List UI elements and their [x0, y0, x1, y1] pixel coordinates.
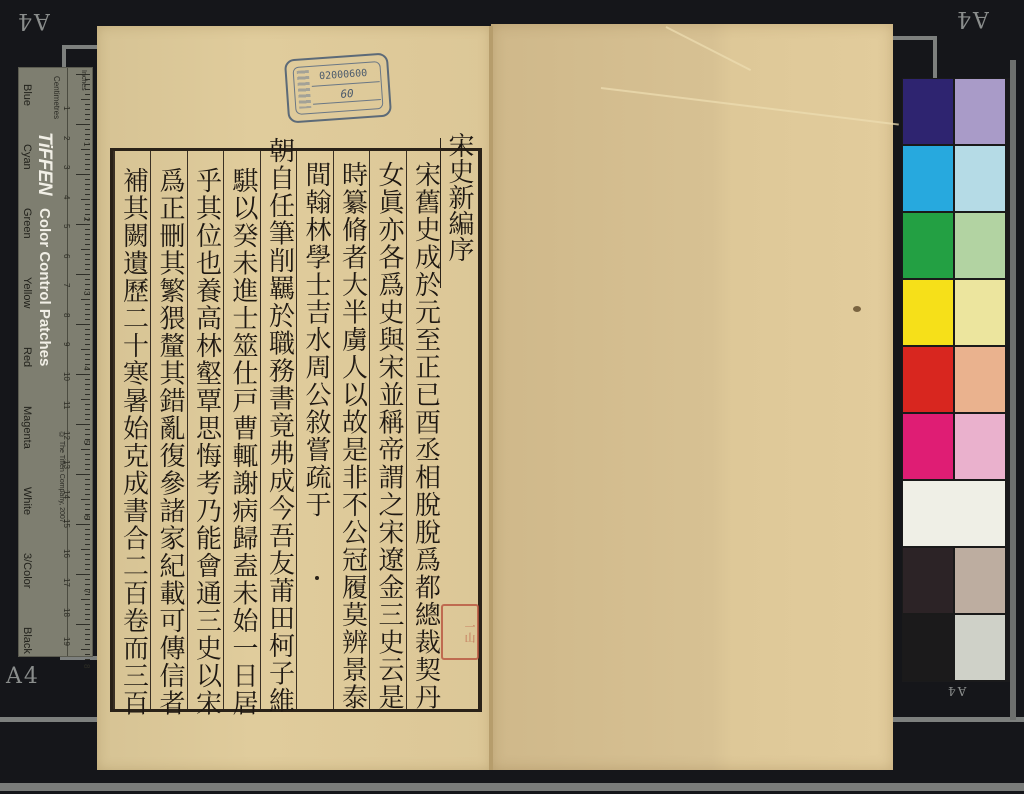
a4-label-top-right: A4 [955, 6, 989, 31]
ruler-cm-number: 8 [62, 313, 71, 317]
ruler-tick [85, 159, 90, 160]
swatch-3-color-tint [954, 547, 1006, 614]
ruler-tick [85, 509, 90, 510]
ruler-cm-number: 18 [62, 608, 71, 617]
ruler-tick [85, 109, 90, 110]
ruler-cm-number: 19 [62, 637, 71, 646]
stamp-label-block [297, 70, 312, 109]
swatch-red-tint [954, 346, 1006, 413]
swatch-magenta-tint [954, 413, 1006, 480]
ruler-tick [85, 414, 90, 415]
frame-line [0, 783, 1024, 791]
ruler-tick [85, 339, 90, 340]
ruler-tick [85, 239, 90, 240]
ruler-tick [85, 284, 90, 285]
text-column: 宋舊史成於元至正已酉丞相脫脫爲都總裁契丹 [406, 151, 444, 709]
ruler-cm-number: 11 [62, 401, 71, 409]
ruler-tick [85, 479, 90, 480]
ruler-tick [85, 469, 90, 470]
ruler-tick [85, 214, 90, 215]
ruler-tick [85, 289, 90, 290]
ruler-tick [85, 179, 90, 180]
ruler-tick [81, 449, 90, 450]
ruler-copyright: © The Tiffen Company, 2007 [58, 432, 65, 523]
ruler-inch-number: 1 [82, 142, 91, 146]
column-text: 女眞亦各爲史與宋並稱帝謂之宋遼金三史云是 [370, 161, 407, 711]
ruler-tick [76, 574, 90, 575]
ruler-tick [85, 154, 90, 155]
ruler-cm-number: 16 [62, 549, 71, 558]
ruler-tick [85, 629, 90, 630]
ruler-tick [85, 229, 90, 230]
swatch-3-color-full [902, 547, 954, 614]
paper-crease [666, 26, 752, 71]
ruler-tick [81, 149, 90, 150]
ruler-tick [85, 489, 90, 490]
text-column: 朝自任筆削羈於職務書竟弗成今吾友莆田柯子維 [260, 151, 298, 709]
text-column: 女眞亦各爲史與宋並稱帝謂之宋遼金三史云是 [369, 151, 407, 709]
ruler-tick [85, 234, 90, 235]
ruler-tick [85, 244, 90, 245]
ruler-tick [85, 134, 90, 135]
frame-line [62, 45, 98, 49]
ruler-tick [81, 599, 90, 600]
ruler-tick [85, 194, 90, 195]
ruler-tick [76, 624, 90, 625]
swatch-green-full [902, 212, 954, 279]
a4-label-bottom-right: A4 [946, 684, 966, 698]
ruler-tick [85, 404, 90, 405]
ruler-tick [85, 334, 90, 335]
ruler-tick [81, 199, 90, 200]
ruler-cm-number: 17 [62, 578, 71, 587]
ruler-tick [81, 299, 90, 300]
ruler-tick [76, 224, 90, 225]
ruler-tick [85, 344, 90, 345]
ruler-tick [85, 409, 90, 410]
ruler-tick [85, 119, 90, 120]
ruler-tick [85, 259, 90, 260]
ruler-tick [81, 549, 90, 550]
ruler-color-label: Blue [19, 84, 33, 106]
ruler-tick [85, 434, 90, 435]
tiffen-brand: TiFFEN Color Control Patches [33, 132, 55, 366]
stamp-volume-number: 60 [340, 87, 354, 101]
text-column: 爲正刪其繁猥釐其錯亂復參諸家紀載可傳信者 [150, 151, 188, 709]
ruler-inch-number: 6 [82, 515, 91, 519]
ruler-tick [76, 424, 90, 425]
ruler-tick [85, 204, 90, 205]
column-text: 宋舊史成於元至正已酉丞相脫脫爲都總裁契丹 [407, 161, 444, 711]
column-text: 爲正刪其繁猥釐其錯亂復參諸家紀載可傳信者 [151, 167, 188, 717]
ruler-tick [85, 104, 90, 105]
ruler-tick [85, 544, 90, 545]
ruler-tick [76, 474, 90, 475]
ruler-tick [85, 484, 90, 485]
printed-text-block: 宋舊史成於元至正已酉丞相脫脫爲都總裁契丹女眞亦各爲史與宋並稱帝謂之宋遼金三史云是… [110, 148, 482, 712]
ruler-color-label: 3/Color [19, 553, 33, 588]
column-text: 騏以癸未進士筮仕戸曹輒謝病歸盍未始一日居 [224, 167, 261, 717]
ruler-tick [85, 309, 90, 310]
swatch-magenta-full [902, 413, 954, 480]
ruler-color-label: White [19, 487, 33, 515]
ruler-tick [76, 174, 90, 175]
ruler-tick [85, 594, 90, 595]
ruler-tick [85, 459, 90, 460]
ruler-color-label: Red [19, 347, 33, 367]
tiffen-logo: TiFFEN [34, 132, 55, 195]
ruler-color-label: Black [19, 627, 33, 654]
ruler-tick [85, 604, 90, 605]
ruler-tick [85, 654, 90, 655]
ruler-tick [85, 94, 90, 95]
text-column: 騏以癸未進士筮仕戸曹輒謝病歸盍未始一日居 [223, 151, 261, 709]
ruler-tick [85, 209, 90, 210]
ruler-tick [85, 394, 90, 395]
ruler-color-label: Yellow [19, 277, 33, 308]
ruler-tick [85, 359, 90, 360]
paper-stain [853, 306, 861, 312]
a4-label-top-left: A4 [16, 8, 50, 33]
swatch-black-tint [954, 614, 1006, 681]
swatch-blue-full [902, 78, 954, 145]
ruler-tick [85, 314, 90, 315]
column-text: 間翰林學士吉水周公敘嘗疏于 [297, 161, 334, 519]
ruler-tick [85, 139, 90, 140]
column-text: 朝自任筆削羈於職務書竟弗成今吾友莆田柯子維 [261, 137, 298, 715]
ruler-tick [85, 319, 90, 320]
text-column: 間翰林學士吉水周公敘嘗疏于 [296, 151, 334, 709]
red-seal: 一山 [441, 604, 479, 660]
ruler-tick [85, 639, 90, 640]
ruler-tick [81, 399, 90, 400]
ruler-color-label: Green [19, 208, 33, 239]
ruler-tick [85, 534, 90, 535]
ruler-tick [85, 494, 90, 495]
frame-line [893, 36, 937, 40]
ruler-tick [85, 364, 90, 365]
frame-line [1010, 60, 1016, 720]
ruler-cm-number: 9 [62, 342, 71, 346]
ruler-tick [85, 584, 90, 585]
preface-title: 宋史新編序 [441, 132, 477, 262]
punctuation-dot [315, 576, 319, 580]
ruler-tick [85, 559, 90, 560]
ruler-unit-in: Inches [80, 70, 87, 91]
page-gutter [489, 26, 493, 770]
ruler-tick [85, 329, 90, 330]
ruler-inch-number: 3 [82, 291, 91, 295]
ruler-tick [85, 279, 90, 280]
ruler-inch-number: 8 [82, 664, 91, 668]
ruler-tick [81, 99, 90, 100]
ruler-color-label: Magenta [19, 406, 33, 449]
text-column: 時纂脩者大半虜人以故是非不公冠履莫辨景泰 [333, 151, 371, 709]
ruler-tick [85, 619, 90, 620]
ruler-tick [85, 379, 90, 380]
ruler-scale [67, 68, 90, 656]
ruler-tick [85, 254, 90, 255]
library-catalog-stamp: 02000600 60 [284, 52, 392, 123]
ruler-inch-number: 2 [82, 217, 91, 221]
ruler-color-label: Cyan [19, 144, 33, 170]
ruler-cm-number: 10 [62, 372, 71, 381]
ruler-tick [85, 164, 90, 165]
ruler-tick [85, 129, 90, 130]
ruler-tick [85, 644, 90, 645]
ruler-tick [85, 169, 90, 170]
ruler-tick [85, 579, 90, 580]
ruler-tick [85, 454, 90, 455]
ruler-tick [76, 274, 90, 275]
swatch-green-tint [954, 212, 1006, 279]
ruler-tick [85, 564, 90, 565]
ruler-cm-number: 5 [62, 224, 71, 228]
swatch-blue-tint [954, 78, 1006, 145]
ruler-color-labels: BlueCyanGreenYellowRedMagentaWhite3/Colo… [19, 84, 33, 654]
ruler-cm-number: 7 [62, 283, 71, 287]
ruler-tick [85, 354, 90, 355]
ruler-tick [85, 189, 90, 190]
ruler-tick [85, 419, 90, 420]
ruler-tick [85, 184, 90, 185]
ruler-cm-number: 3 [62, 165, 71, 169]
ruler-tick [85, 569, 90, 570]
ruler-inch-number: 7 [82, 589, 91, 593]
ruler-tick [85, 614, 90, 615]
text-column: 補其闕遺歷二十寒暑始克成書合二百卷而三百 [114, 151, 152, 709]
ruler-tick [85, 384, 90, 385]
ruler-tick [85, 429, 90, 430]
frame-line [62, 45, 66, 69]
ruler-inch-number: 5 [82, 440, 91, 444]
ruler-tick [85, 609, 90, 610]
ruler-tick [85, 634, 90, 635]
frame-line [0, 717, 98, 722]
frame-line [933, 36, 937, 78]
frame-line [893, 717, 1024, 722]
column-text: 時纂脩者大半虜人以故是非不公冠履莫辨景泰 [334, 161, 371, 711]
ruler-tick [85, 389, 90, 390]
ruler-unit-cm: Centimetres [52, 76, 61, 119]
ruler-tick [85, 529, 90, 530]
ruler-cm-number: 1 [62, 106, 71, 110]
ruler-tick [76, 374, 90, 375]
ruler-cm-number: 4 [62, 195, 71, 199]
ruler-tick [81, 249, 90, 250]
ruler-tick [85, 539, 90, 540]
swatch-white [902, 480, 1006, 547]
ruler-tick [76, 124, 90, 125]
ruler-tick [81, 499, 90, 500]
text-column: 乎其位也養高林壑覃思悔考乃能會通三史以宋 [187, 151, 225, 709]
ruler-tick [76, 524, 90, 525]
partial-text-column [113, 151, 119, 709]
ruler-tick [85, 114, 90, 115]
ruler-tick [81, 649, 90, 650]
swatch-cyan-tint [954, 145, 1006, 212]
color-control-chart [902, 78, 1010, 682]
column-text: 乎其位也養高林壑覃思悔考乃能會通三史以宋 [188, 167, 225, 717]
ruler-inch-number: 4 [82, 366, 91, 370]
paper-crease [601, 87, 899, 126]
swatch-yellow-full [902, 279, 954, 346]
a4-label-bottom-left: A4 [6, 664, 40, 689]
ruler-cm-number: 2 [62, 136, 71, 140]
ruler-tick [85, 264, 90, 265]
ruler-tick [85, 269, 90, 270]
ruler-tick [85, 659, 90, 660]
swatch-black-full [902, 614, 954, 681]
tiffen-product-name: Color Control Patches [36, 208, 53, 366]
book-page-right [491, 24, 893, 770]
ruler-tick [81, 349, 90, 350]
swatch-yellow-tint [954, 279, 1006, 346]
swatch-red-full [902, 346, 954, 413]
ruler-tick [76, 324, 90, 325]
ruler-tick [85, 554, 90, 555]
swatch-cyan-full [902, 145, 954, 212]
column-text: 補其闕遺歷二十寒暑始克成書合二百卷而三百 [115, 167, 152, 717]
ruler-cm-number: 6 [62, 254, 71, 258]
ruler-tick [85, 464, 90, 465]
ruler-tick [85, 504, 90, 505]
ruler-tick [85, 304, 90, 305]
